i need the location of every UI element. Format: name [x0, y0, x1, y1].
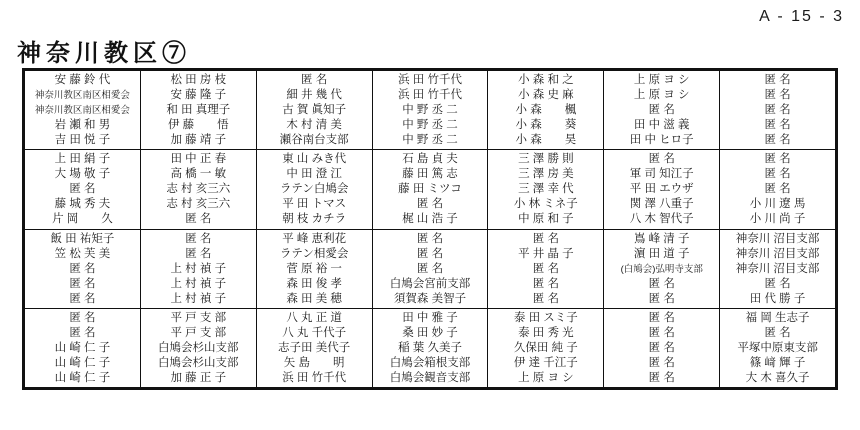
table-cell-column: 匿 名匿 名匿 名匿 名匿 名 [719, 71, 835, 149]
name-entry: 浜 田 竹千代 [374, 73, 487, 88]
name-entry: 匿 名 [26, 292, 139, 307]
name-entry: 神奈川 沼目支部 [721, 247, 834, 262]
name-entry: 篠 﨑 輝 子 [721, 356, 834, 371]
name-entry: 匿 名 [374, 247, 487, 262]
name-entry: 中 田 澄 江 [258, 167, 371, 182]
name-entry: 伊 藤 悟 [142, 118, 255, 133]
name-entry: 上 村 禎 子 [142, 262, 255, 277]
table-cell-column: 神奈川 沼目支部神奈川 沼目支部神奈川 沼目支部匿 名田 代 勝 子 [719, 230, 835, 308]
name-entry: 朝 枝 カチラ [258, 212, 371, 227]
name-entry: 石 島 貞 夫 [374, 152, 487, 167]
name-entry: 小 川 遼 馬 [721, 197, 834, 212]
name-entry: 神奈川教区南区相愛会 [26, 103, 139, 118]
name-entry: 古 賀 眞知子 [258, 103, 371, 118]
name-entry: 匿 名 [721, 88, 834, 103]
name-entry: 安 藤 隆 子 [142, 88, 255, 103]
name-entry: 森 田 美 穂 [258, 292, 371, 307]
name-entry: 田 中 正 春 [142, 152, 255, 167]
name-entry: 高 橋 一 敏 [142, 167, 255, 182]
name-entry: 匿 名 [258, 73, 371, 88]
table-cell-column: 八 丸 正 道八 丸 千代子志子田 美代子矢 島 明浜 田 竹千代 [256, 309, 372, 387]
table-cell-column: 匿 名匿 名山 崎 仁 子山 崎 仁 子山 崎 仁 子 [25, 309, 140, 387]
name-entry: 小 林 ミネ子 [489, 197, 602, 212]
name-entry: 志 村 亥三六 [142, 197, 255, 212]
name-entry: 神奈川 沼目支部 [721, 262, 834, 277]
name-entry: 志 村 亥三六 [142, 182, 255, 197]
name-entry: 稲 葉 久美子 [374, 341, 487, 356]
table-block: 飯 田 祐矩子笠 松 芙 美匿 名匿 名匿 名匿 名匿 名上 村 禎 子上 村 … [25, 229, 835, 308]
name-entry: 加 藤 正 子 [142, 371, 255, 386]
name-entry: 上 村 禎 子 [142, 292, 255, 307]
name-entry: 白鳩会箱根支部 [374, 356, 487, 371]
name-entry: 松 田 房 枝 [142, 73, 255, 88]
name-entry: 匿 名 [489, 232, 602, 247]
name-entry: 小 森 楓 [489, 103, 602, 118]
name-entry: 森 田 俊 孝 [258, 277, 371, 292]
name-entry: 片 岡 久 [26, 212, 139, 227]
name-entry: 藤 田 ミツコ [374, 182, 487, 197]
table-cell-column: 匿 名軍 司 知江子平 田 エウザ関 澤 八重子八 木 智代子 [603, 150, 719, 228]
name-entry: 匿 名 [605, 341, 718, 356]
name-entry: 平 峰 恵利花 [258, 232, 371, 247]
name-entry: 和 田 真理子 [142, 103, 255, 118]
table-cell-column: 平 戸 支 部平 戸 支 部白鳩会杉山支部白鳩会杉山支部加 藤 正 子 [140, 309, 256, 387]
name-entry: 平塚中原東支部 [721, 341, 834, 356]
name-entry: 嶌 峰 清 子 [605, 232, 718, 247]
table-cell-column: 松 田 房 枝安 藤 隆 子和 田 真理子伊 藤 悟加 藤 靖 子 [140, 71, 256, 149]
table-cell-column: 田 中 雅 子桑 田 妙 子稲 葉 久美子白鳩会箱根支部白鳩会観音支部 [372, 309, 488, 387]
name-entry: 中 野 丞 二 [374, 133, 487, 148]
name-entry: 匿 名 [605, 292, 718, 307]
name-entry: 神奈川 沼目支部 [721, 232, 834, 247]
name-entry: 匿 名 [721, 152, 834, 167]
table-cell-column: 匿 名匿 名匿 名匿 名匿 名 [603, 309, 719, 387]
name-entry: 匿 名 [489, 292, 602, 307]
name-entry: 匿 名 [605, 326, 718, 341]
name-entry: 浜 田 竹千代 [374, 88, 487, 103]
name-entry: 矢 島 明 [258, 356, 371, 371]
page-title: 神奈川教区⑦ [17, 33, 191, 68]
name-entry: 中 野 丞 二 [374, 118, 487, 133]
name-entry: 田 代 勝 子 [721, 292, 834, 307]
name-entry: 小 森 昊 [489, 133, 602, 148]
name-entry: 匿 名 [142, 232, 255, 247]
doc-code: A - 15 - 3 [759, 8, 844, 26]
name-entry: 匿 名 [26, 311, 139, 326]
name-entry: 匿 名 [605, 103, 718, 118]
name-entry: 泰 田 スミ子 [489, 311, 602, 326]
name-entry: 小 森 葵 [489, 118, 602, 133]
name-entry: 匿 名 [721, 182, 834, 197]
table-cell-column: 匿 名平 井 晶 子匿 名匿 名匿 名 [487, 230, 603, 308]
name-entry: 田 中 ヒロ子 [605, 133, 718, 148]
name-entry: 匿 名 [721, 133, 834, 148]
name-entry: 上 原 ヨ シ [489, 371, 602, 386]
name-entry: 山 崎 仁 子 [26, 371, 139, 386]
name-entry: 匿 名 [721, 167, 834, 182]
name-entry: 匿 名 [605, 371, 718, 386]
name-entry: 細 井 幾 代 [258, 88, 371, 103]
table-cell-column: 福 岡 生志子匿 名平塚中原東支部篠 﨑 輝 子大 木 喜久子 [719, 309, 835, 387]
table-cell-column: 上 田 絹 子大 場 敬 子匿 名藤 城 秀 夫片 岡 久 [25, 150, 140, 228]
name-entry: 平 戸 支 部 [142, 311, 255, 326]
name-entry: 匿 名 [26, 182, 139, 197]
name-entry: 大 木 喜久子 [721, 371, 834, 386]
table-cell-column: 匿 名匿 名匿 名小 川 遼 馬小 川 尚 子 [719, 150, 835, 228]
name-entry: 中 原 和 子 [489, 212, 602, 227]
name-entry: 平 井 晶 子 [489, 247, 602, 262]
name-entry: 岩 瀬 和 男 [26, 118, 139, 133]
name-entry: 東 山 みき代 [258, 152, 371, 167]
name-entry: 濵 田 道 子 [605, 247, 718, 262]
name-entry: 大 場 敬 子 [26, 167, 139, 182]
table-cell-column: 匿 名匿 名匿 名白鳩会宮前支部須賀森 美智子 [372, 230, 488, 308]
table-cell-column: 石 島 貞 夫藤 田 篤 志藤 田 ミツコ匿 名梶 山 浩 子 [372, 150, 488, 228]
table-cell-column: 上 原 ヨ シ上 原 ヨ シ匿 名田 中 滋 義田 中 ヒロ子 [603, 71, 719, 149]
table-cell-column: 嶌 峰 清 子濵 田 道 子(白鳩会)弘明寺支部匿 名匿 名 [603, 230, 719, 308]
name-entry: 藤 城 秀 夫 [26, 197, 139, 212]
table-cell-column: 飯 田 祐矩子笠 松 芙 美匿 名匿 名匿 名 [25, 230, 140, 308]
name-entry: 桑 田 妙 子 [374, 326, 487, 341]
name-entry: 福 岡 生志子 [721, 311, 834, 326]
name-entry: ラテン白鳩会 [258, 182, 371, 197]
name-entry: 久保田 純 子 [489, 341, 602, 356]
name-entry: 小 森 和 之 [489, 73, 602, 88]
table-block: 安 藤 鈴 代神奈川教区南区相愛会神奈川教区南区相愛会岩 瀬 和 男吉 田 悦 … [25, 71, 835, 149]
name-entry: 匿 名 [605, 311, 718, 326]
table-cell-column: 匿 名匿 名上 村 禎 子上 村 禎 子上 村 禎 子 [140, 230, 256, 308]
table-cell-column: 浜 田 竹千代浜 田 竹千代中 野 丞 二中 野 丞 二中 野 丞 二 [372, 71, 488, 149]
name-entry: 三 澤 房 美 [489, 167, 602, 182]
name-entry: 匿 名 [26, 277, 139, 292]
table-cell-column: 東 山 みき代中 田 澄 江ラテン白鳩会平 田 トマス朝 枝 カチラ [256, 150, 372, 228]
table-cell-column: 泰 田 スミ子泰 田 秀 光久保田 純 子伊 達 千江子上 原 ヨ シ [487, 309, 603, 387]
name-entry: 木 村 清 美 [258, 118, 371, 133]
name-entry: 匿 名 [142, 247, 255, 262]
name-entry: 匿 名 [374, 232, 487, 247]
name-entry: 飯 田 祐矩子 [26, 232, 139, 247]
name-entry: 匿 名 [142, 212, 255, 227]
name-entry: 匿 名 [26, 262, 139, 277]
name-entry: 上 田 絹 子 [26, 152, 139, 167]
name-entry: 中 野 丞 二 [374, 103, 487, 118]
name-entry: 白鳩会杉山支部 [142, 356, 255, 371]
name-entry: 山 崎 仁 子 [26, 356, 139, 371]
name-entry: 匿 名 [489, 262, 602, 277]
name-entry: 白鳩会観音支部 [374, 371, 487, 386]
table-cell-column: 平 峰 恵利花ラテン相愛会菅 原 裕 一森 田 俊 孝森 田 美 穂 [256, 230, 372, 308]
name-entry: 志子田 美代子 [258, 341, 371, 356]
name-entry: 匿 名 [605, 277, 718, 292]
name-entry: 浜 田 竹千代 [258, 371, 371, 386]
name-entry: 八 丸 千代子 [258, 326, 371, 341]
name-entry: 加 藤 靖 子 [142, 133, 255, 148]
name-entry: 瀬谷南台支部 [258, 133, 371, 148]
name-entry: 八 木 智代子 [605, 212, 718, 227]
name-entry: 平 田 エウザ [605, 182, 718, 197]
table-cell-column: 小 森 和 之小 森 史 麻小 森 楓小 森 葵小 森 昊 [487, 71, 603, 149]
name-entry: 匿 名 [721, 118, 834, 133]
table-cell-column: 田 中 正 春高 橋 一 敏志 村 亥三六志 村 亥三六匿 名 [140, 150, 256, 228]
name-entry: 田 中 滋 義 [605, 118, 718, 133]
table-block: 上 田 絹 子大 場 敬 子匿 名藤 城 秀 夫片 岡 久田 中 正 春高 橋 … [25, 149, 835, 228]
name-entry: 小 川 尚 子 [721, 212, 834, 227]
name-entry: 匿 名 [489, 277, 602, 292]
name-entry: 平 戸 支 部 [142, 326, 255, 341]
name-entry: 白鳩会杉山支部 [142, 341, 255, 356]
name-entry: 山 崎 仁 子 [26, 341, 139, 356]
name-entry: 匿 名 [374, 262, 487, 277]
name-entry: 白鳩会宮前支部 [374, 277, 487, 292]
name-entry: 上 原 ヨ シ [605, 88, 718, 103]
name-entry: 安 藤 鈴 代 [26, 73, 139, 88]
name-entry: 笠 松 芙 美 [26, 247, 139, 262]
name-entry: 匿 名 [721, 103, 834, 118]
name-entry: 田 中 雅 子 [374, 311, 487, 326]
name-entry: 上 村 禎 子 [142, 277, 255, 292]
name-entry: 匿 名 [26, 326, 139, 341]
table-block: 匿 名匿 名山 崎 仁 子山 崎 仁 子山 崎 仁 子平 戸 支 部平 戸 支 … [25, 308, 835, 387]
name-entry: 菅 原 裕 一 [258, 262, 371, 277]
name-entry: 須賀森 美智子 [374, 292, 487, 307]
name-entry: 三 澤 幸 代 [489, 182, 602, 197]
name-entry: 伊 達 千江子 [489, 356, 602, 371]
name-entry: 匿 名 [605, 356, 718, 371]
name-entry: 八 丸 正 道 [258, 311, 371, 326]
table-cell-column: 安 藤 鈴 代神奈川教区南区相愛会神奈川教区南区相愛会岩 瀬 和 男吉 田 悦 … [25, 71, 140, 149]
name-entry: 神奈川教区南区相愛会 [26, 88, 139, 103]
name-entry: 関 澤 八重子 [605, 197, 718, 212]
donor-table: 安 藤 鈴 代神奈川教区南区相愛会神奈川教区南区相愛会岩 瀬 和 男吉 田 悦 … [22, 68, 838, 390]
name-entry: 上 原 ヨ シ [605, 73, 718, 88]
name-entry: 匿 名 [721, 73, 834, 88]
name-entry: 匿 名 [721, 326, 834, 341]
name-entry: (白鳩会)弘明寺支部 [605, 262, 718, 277]
name-entry: 泰 田 秀 光 [489, 326, 602, 341]
name-entry: 小 森 史 麻 [489, 88, 602, 103]
name-entry: ラテン相愛会 [258, 247, 371, 262]
name-entry: 匿 名 [374, 197, 487, 212]
table-cell-column: 匿 名細 井 幾 代古 賀 眞知子木 村 清 美瀬谷南台支部 [256, 71, 372, 149]
name-entry: 匿 名 [605, 152, 718, 167]
name-entry: 軍 司 知江子 [605, 167, 718, 182]
name-entry: 吉 田 悦 子 [26, 133, 139, 148]
name-entry: 三 澤 勝 則 [489, 152, 602, 167]
table-cell-column: 三 澤 勝 則三 澤 房 美三 澤 幸 代小 林 ミネ子中 原 和 子 [487, 150, 603, 228]
name-entry: 匿 名 [721, 277, 834, 292]
name-entry: 梶 山 浩 子 [374, 212, 487, 227]
name-entry: 平 田 トマス [258, 197, 371, 212]
name-entry: 藤 田 篤 志 [374, 167, 487, 182]
